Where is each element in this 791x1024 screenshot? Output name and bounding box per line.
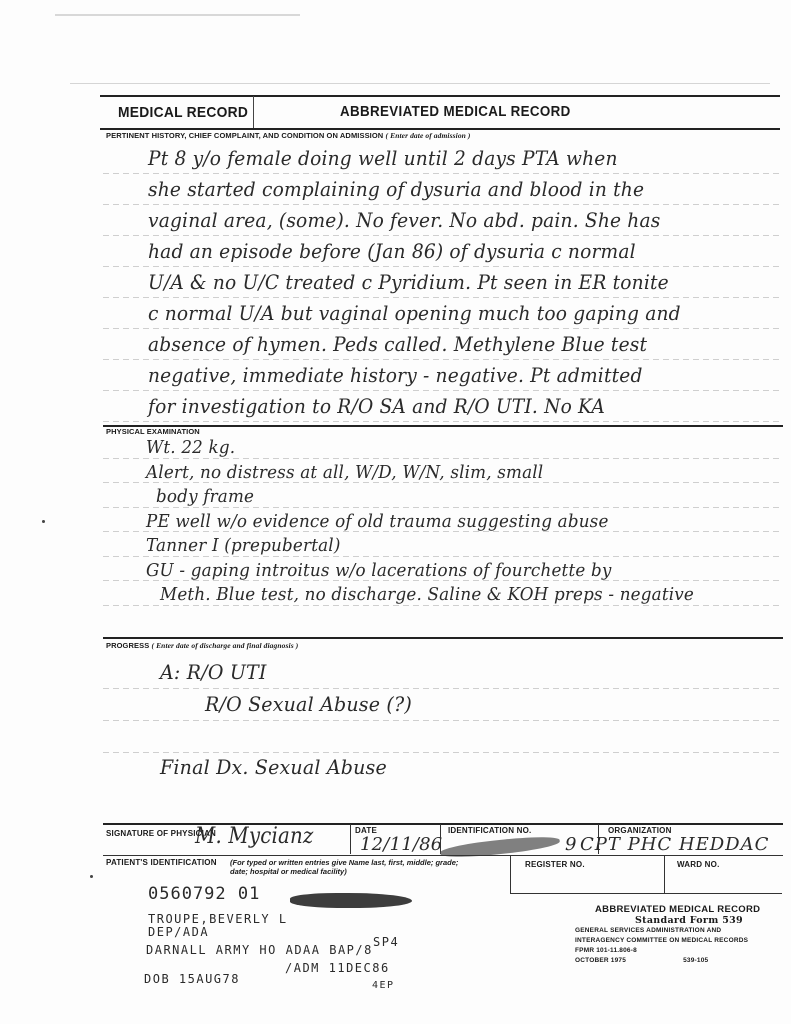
- physical-bottom-rule: [103, 637, 783, 639]
- history-line: Pt 8 y/o female doing well until 2 days …: [148, 146, 618, 170]
- footer-form-code: 539-105: [683, 957, 708, 964]
- patient-id-label: PATIENT'S IDENTIFICATION: [106, 858, 217, 867]
- history-line: vaginal area, (some). No fever. No abd. …: [148, 208, 660, 232]
- admission-date: /ADM 11DEC86: [285, 961, 390, 975]
- margin-mark: [90, 875, 93, 878]
- history-line: for investigation to R/O SA and R/O UTI.…: [148, 394, 605, 418]
- identification-value: 9: [565, 834, 577, 855]
- signature-bottom-rule: [103, 855, 783, 856]
- progress-line: R/O Sexual Abuse (?): [205, 692, 412, 716]
- ruled-line: [103, 390, 783, 391]
- form-type-label: MEDICAL RECORD: [118, 104, 248, 121]
- patient-number: 0560792 01: [148, 884, 260, 904]
- history-line: absence of hymen. Peds called. Methylene…: [148, 332, 647, 356]
- footer-standard-form: Standard Form 539: [635, 915, 760, 926]
- history-line: had an episode before (Jan 86) of dysuri…: [148, 239, 636, 263]
- ruled-line: [103, 359, 783, 360]
- header-top-rule: [100, 95, 780, 97]
- footer-title: ABBREVIATED MEDICAL RECORD: [595, 904, 760, 915]
- patient-status: DEP/ADA: [148, 925, 209, 939]
- progress-section-label: PROGRESS ( Enter date of discharge and f…: [106, 641, 298, 650]
- redaction-mark: [440, 834, 561, 860]
- history-bottom-rule: [103, 425, 783, 427]
- id-divider: [440, 824, 441, 854]
- footer-edition-row: OCTOBER 1975 539-105: [575, 956, 760, 966]
- ruled-line: [103, 204, 783, 205]
- register-bottom-rule: [510, 893, 782, 894]
- ruled-line: [103, 720, 783, 721]
- history-line: negative, immediate history - negative. …: [148, 363, 643, 387]
- progress-label-text: PROGRESS: [106, 641, 149, 650]
- ruled-line: [103, 173, 783, 174]
- footer-line-1: GENERAL SERVICES ADMINISTRATION AND: [575, 926, 760, 936]
- footer-line-2: INTERAGENCY COMMITTEE ON MEDICAL RECORDS: [575, 936, 760, 946]
- identification-label: IDENTIFICATION NO.: [448, 826, 531, 835]
- register-divider: [510, 855, 511, 893]
- physical-section-label: PHYSICAL EXAMINATION: [106, 427, 200, 436]
- scan-artifact: [55, 14, 300, 16]
- history-line: U/A & no U/C treated c Pyridium. Pt seen…: [148, 270, 669, 294]
- faint-rule: [70, 83, 770, 84]
- history-label-text: PERTINENT HISTORY, CHIEF COMPLAINT, AND …: [106, 131, 383, 140]
- ruled-line: [103, 752, 783, 753]
- progress-line: Final Dx. Sexual Abuse: [160, 755, 387, 779]
- physical-line: Wt. 22 kg.: [146, 437, 235, 458]
- history-line: c normal U/A but vaginal opening much to…: [148, 301, 681, 325]
- ward-code: 4EP: [372, 980, 395, 991]
- ruled-line: [103, 266, 783, 267]
- organization-value: CPT PHC HEDDAC: [580, 834, 769, 855]
- physical-line: Tanner I (prepubertal): [146, 535, 341, 556]
- form-title: ABBREVIATED MEDICAL RECORD: [340, 104, 571, 120]
- physical-line: GU - gaping introitus w/o lacerations of…: [146, 560, 612, 581]
- physical-line: Meth. Blue test, no discharge. Saline & …: [160, 584, 694, 605]
- redaction-bar: [290, 893, 412, 908]
- header-bottom-rule: [100, 128, 780, 130]
- physical-line: body frame: [156, 486, 254, 507]
- patient-grade: SP4: [373, 935, 399, 949]
- ruled-line: [103, 235, 783, 236]
- history-hint: ( Enter date of admission ): [386, 131, 471, 140]
- footer-edition: OCTOBER 1975: [575, 957, 626, 964]
- physical-line: Alert, no distress at all, W/D, W/N, sli…: [146, 462, 543, 483]
- ruled-line: [103, 688, 783, 689]
- date-value: 12/11/86: [360, 834, 442, 855]
- progress-line: A: R/O UTI: [160, 660, 267, 684]
- ward-label: WARD NO.: [677, 860, 720, 869]
- physical-line: PE well w/o evidence of old trauma sugge…: [146, 511, 609, 532]
- register-label: REGISTER NO.: [525, 860, 585, 869]
- header-divider: [253, 96, 254, 129]
- footer-line-3: FPMR 101-11.806-8: [575, 946, 760, 956]
- ward-divider: [664, 855, 665, 893]
- physician-signature: M. Mycianz: [195, 824, 314, 849]
- ruled-line: [103, 328, 783, 329]
- history-line: she started complaining of dysuria and b…: [148, 177, 644, 201]
- progress-hint: ( Enter date of discharge and final diag…: [152, 641, 299, 650]
- history-section-label: PERTINENT HISTORY, CHIEF COMPLAINT, AND …: [106, 131, 471, 140]
- patient-name: TROUPE,BEVERLY L: [148, 912, 288, 926]
- ruled-line: [103, 421, 783, 422]
- patient-facility: DARNALL ARMY HO ADAA BAP/8: [146, 943, 373, 957]
- form-footer: ABBREVIATED MEDICAL RECORD Standard Form…: [575, 904, 760, 966]
- ruled-line: [103, 297, 783, 298]
- date-divider: [350, 824, 351, 854]
- patient-id-instructions: (For typed or written entries give Name …: [230, 858, 465, 876]
- patient-dob: DOB 15AUG78: [144, 972, 240, 986]
- margin-mark: [42, 520, 45, 523]
